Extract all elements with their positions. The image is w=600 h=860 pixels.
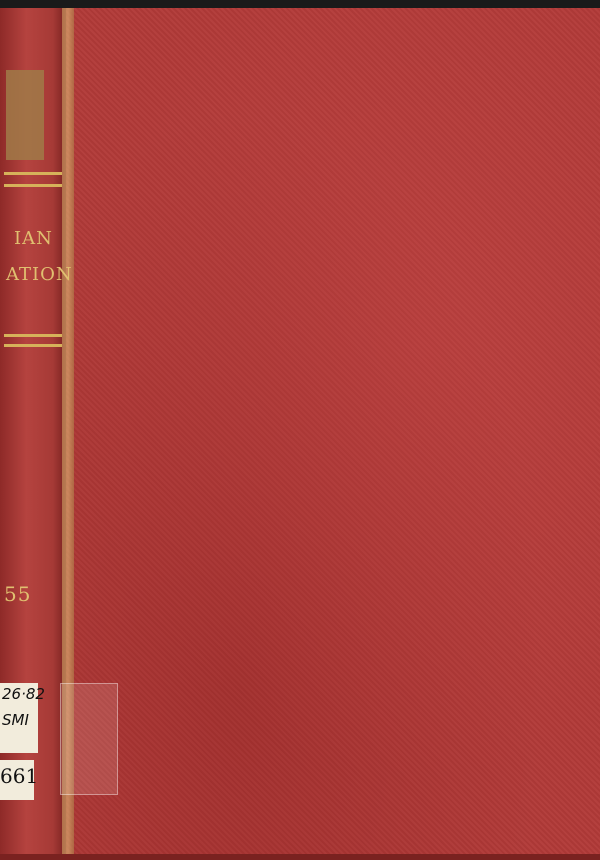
library-number: 661 [0,760,34,800]
top-edge [0,0,600,8]
spine-title-line1: IAN [14,228,53,249]
library-label: 26·82 SMI [0,683,38,753]
spine-title-line2: ATION [6,264,73,285]
label-line2: SMI [2,711,38,729]
gold-rule [4,184,62,187]
book-cover: IAN ATION 55 26·82 SMI 661 [0,0,600,860]
worn-label-patch [6,70,44,160]
tape-patch [60,683,118,795]
label-line1: 26·82 [2,685,38,703]
gold-rule [4,344,62,347]
bottom-edge [0,854,600,860]
spine-volume: 55 [4,582,31,606]
gold-rule [4,172,62,175]
gold-rule [4,334,62,337]
